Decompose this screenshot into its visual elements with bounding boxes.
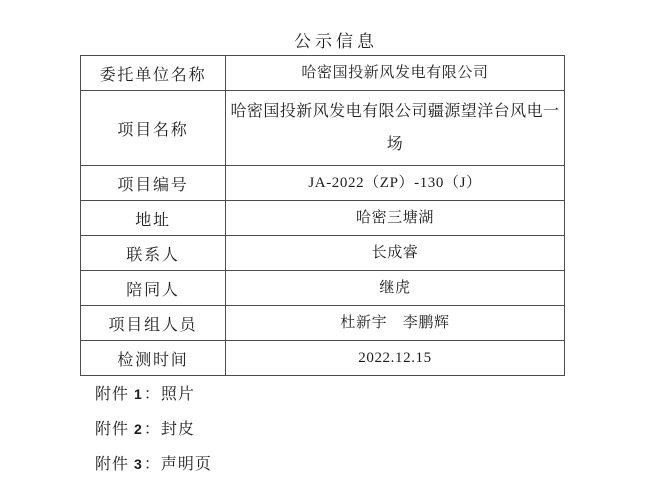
- row-label-address: 地址: [81, 201, 226, 235]
- row-value-accompanying-person: 继虎: [226, 271, 564, 305]
- row-value-project-number: JA-2022（ZP）-130（J）: [226, 166, 564, 200]
- attachment-colon: ：: [144, 386, 161, 403]
- attachment-label: 封皮: [161, 421, 195, 438]
- attachment-prefix: 附件: [95, 421, 129, 438]
- attachment-item-3: 附件3：声明页: [95, 456, 212, 473]
- row-label-project-name: 项目名称: [81, 91, 226, 165]
- attachment-colon: ：: [144, 456, 161, 473]
- row-value-project-name: 哈密国投新风发电有限公司疆源望洋台风电一场: [226, 91, 564, 165]
- row-label-project-number: 项目编号: [81, 166, 226, 200]
- table-row: 联系人 长成睿: [81, 236, 564, 271]
- table-row: 项目编号 JA-2022（ZP）-130（J）: [81, 166, 564, 201]
- info-table: 委托单位名称 哈密国投新风发电有限公司 项目名称 哈密国投新风发电有限公司疆源望…: [80, 55, 565, 376]
- attachment-label: 照片: [161, 386, 195, 403]
- attachment-number: 1: [134, 386, 143, 402]
- table-row: 委托单位名称 哈密国投新风发电有限公司: [81, 56, 564, 91]
- row-label-accompanying-person: 陪同人: [81, 271, 226, 305]
- row-label-project-team: 项目组人员: [81, 306, 226, 340]
- attachment-prefix: 附件: [95, 386, 129, 403]
- row-value-project-team: 杜新宇 李鹏辉: [226, 306, 564, 340]
- page-title: 公示信息: [0, 27, 650, 52]
- attachment-list: 附件1：照片 附件2：封皮 附件3：声明页: [95, 386, 212, 491]
- attachment-label: 声明页: [161, 456, 212, 473]
- row-label-contact-person: 联系人: [81, 236, 226, 270]
- table-row: 地址 哈密三塘湖: [81, 201, 564, 236]
- table-row: 项目名称 哈密国投新风发电有限公司疆源望洋台风电一场: [81, 91, 564, 166]
- row-label-test-date: 检测时间: [81, 341, 226, 375]
- row-value-address: 哈密三塘湖: [226, 201, 564, 235]
- attachment-item-2: 附件2：封皮: [95, 421, 212, 438]
- attachment-number: 3: [134, 456, 143, 472]
- row-value-client-unit: 哈密国投新风发电有限公司: [226, 56, 564, 90]
- table-row: 检测时间 2022.12.15: [81, 341, 564, 375]
- attachment-number: 2: [134, 421, 143, 437]
- table-row: 项目组人员 杜新宇 李鹏辉: [81, 306, 564, 341]
- row-value-test-date: 2022.12.15: [226, 341, 564, 375]
- attachment-item-1: 附件1：照片: [95, 386, 212, 403]
- attachment-prefix: 附件: [95, 456, 129, 473]
- row-label-client-unit: 委托单位名称: [81, 56, 226, 90]
- attachment-colon: ：: [144, 421, 161, 438]
- table-row: 陪同人 继虎: [81, 271, 564, 306]
- row-value-contact-person: 长成睿: [226, 236, 564, 270]
